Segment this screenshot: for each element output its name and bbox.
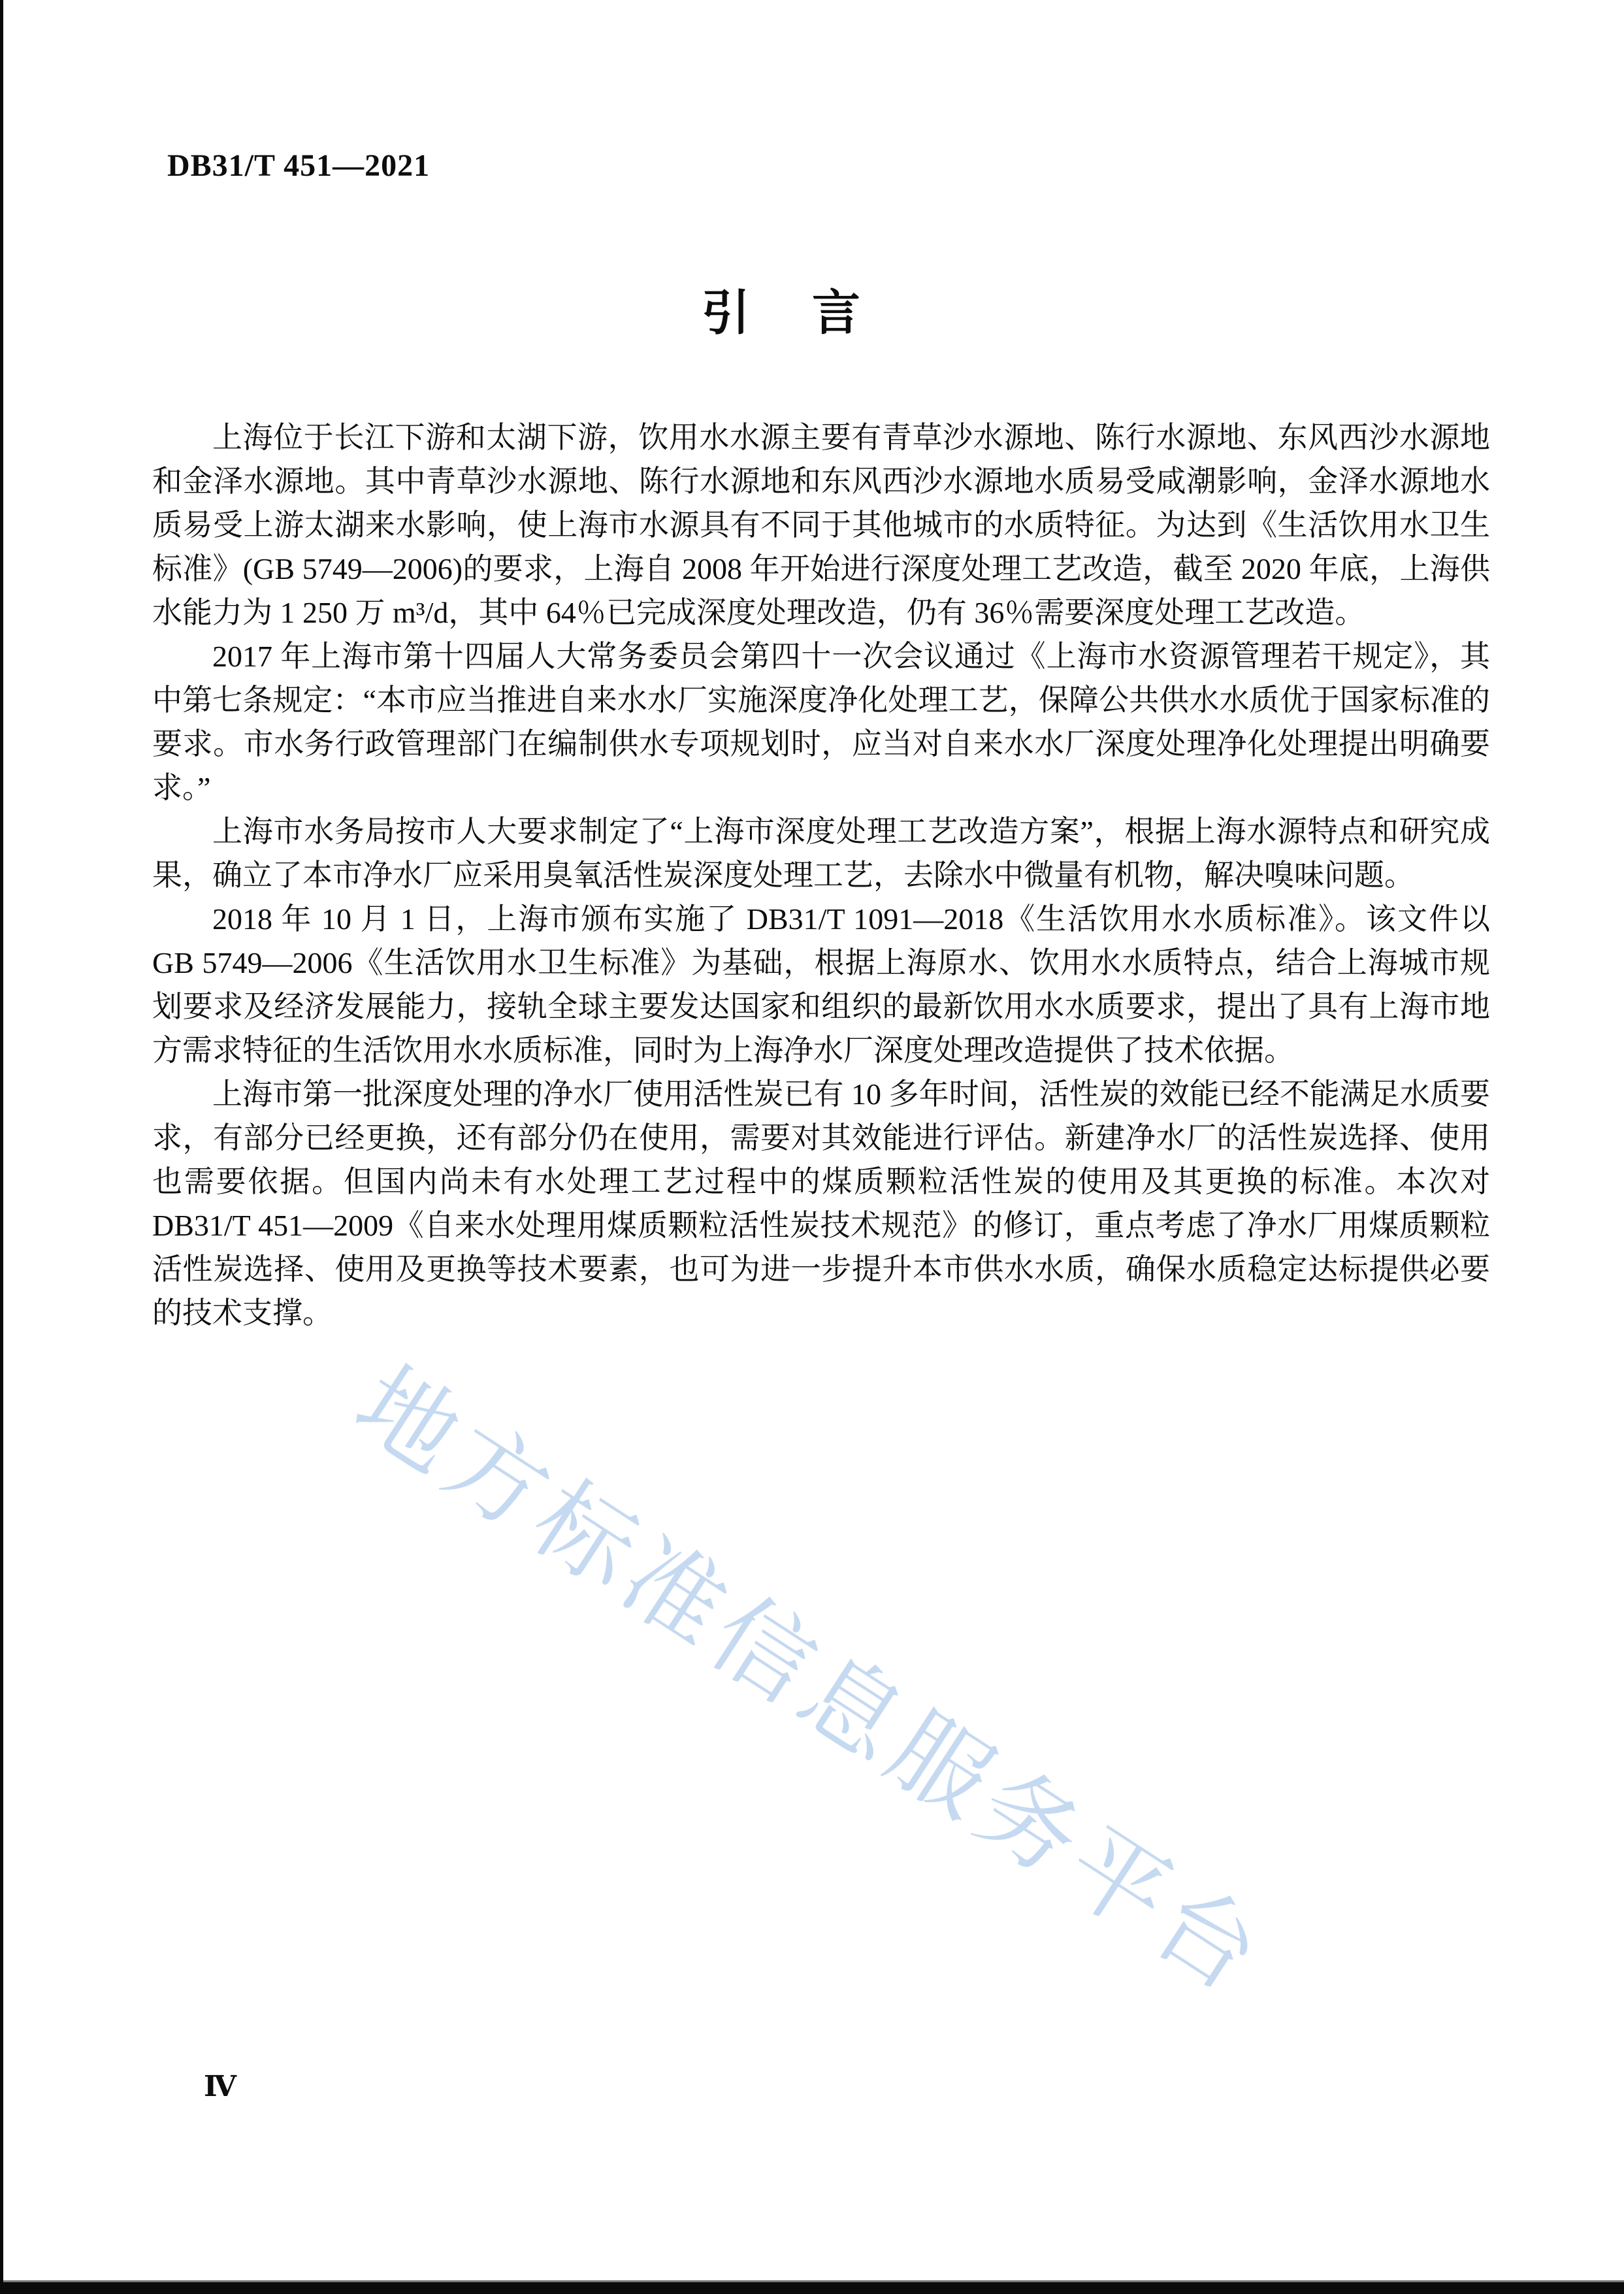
paragraph-4: 2018 年 10 月 1 日，上海市颁布实施了 DB31/T 1091—201… bbox=[152, 897, 1490, 1072]
page-number: Ⅳ bbox=[204, 2070, 236, 2103]
scan-artifact-bottom-bar bbox=[0, 2282, 1624, 2294]
paragraph-2: 2017 年上海市第十四届人大常务委员会第四十一次会议通过《上海市水资源管理若干… bbox=[152, 634, 1490, 810]
paragraph-5: 上海市第一批深度处理的净水厂使用活性炭已有 10 多年时间，活性炭的效能已经不能… bbox=[152, 1072, 1490, 1335]
document-page: DB31/T 451—2021 引言 上海位于长江下游和太湖下游，饮用水水源主要… bbox=[0, 0, 1624, 2294]
paragraph-3: 上海市水务局按市人大要求制定了“上海市深度处理工艺改造方案”，根据上海水源特点和… bbox=[152, 810, 1490, 897]
standard-number-header: DB31/T 451—2021 bbox=[167, 148, 430, 184]
watermark-text: 地方标准信息服务平台 bbox=[333, 1326, 1297, 2021]
scan-artifact-left-line bbox=[0, 0, 3, 2294]
paragraph-1: 上海位于长江下游和太湖下游，饮用水水源主要有青草沙水源地、陈行水源地、东风西沙水… bbox=[152, 416, 1490, 634]
page-title: 引言 bbox=[0, 274, 1624, 344]
introduction-body: 上海位于长江下游和太湖下游，饮用水水源主要有青草沙水源地、陈行水源地、东风西沙水… bbox=[152, 416, 1490, 1335]
